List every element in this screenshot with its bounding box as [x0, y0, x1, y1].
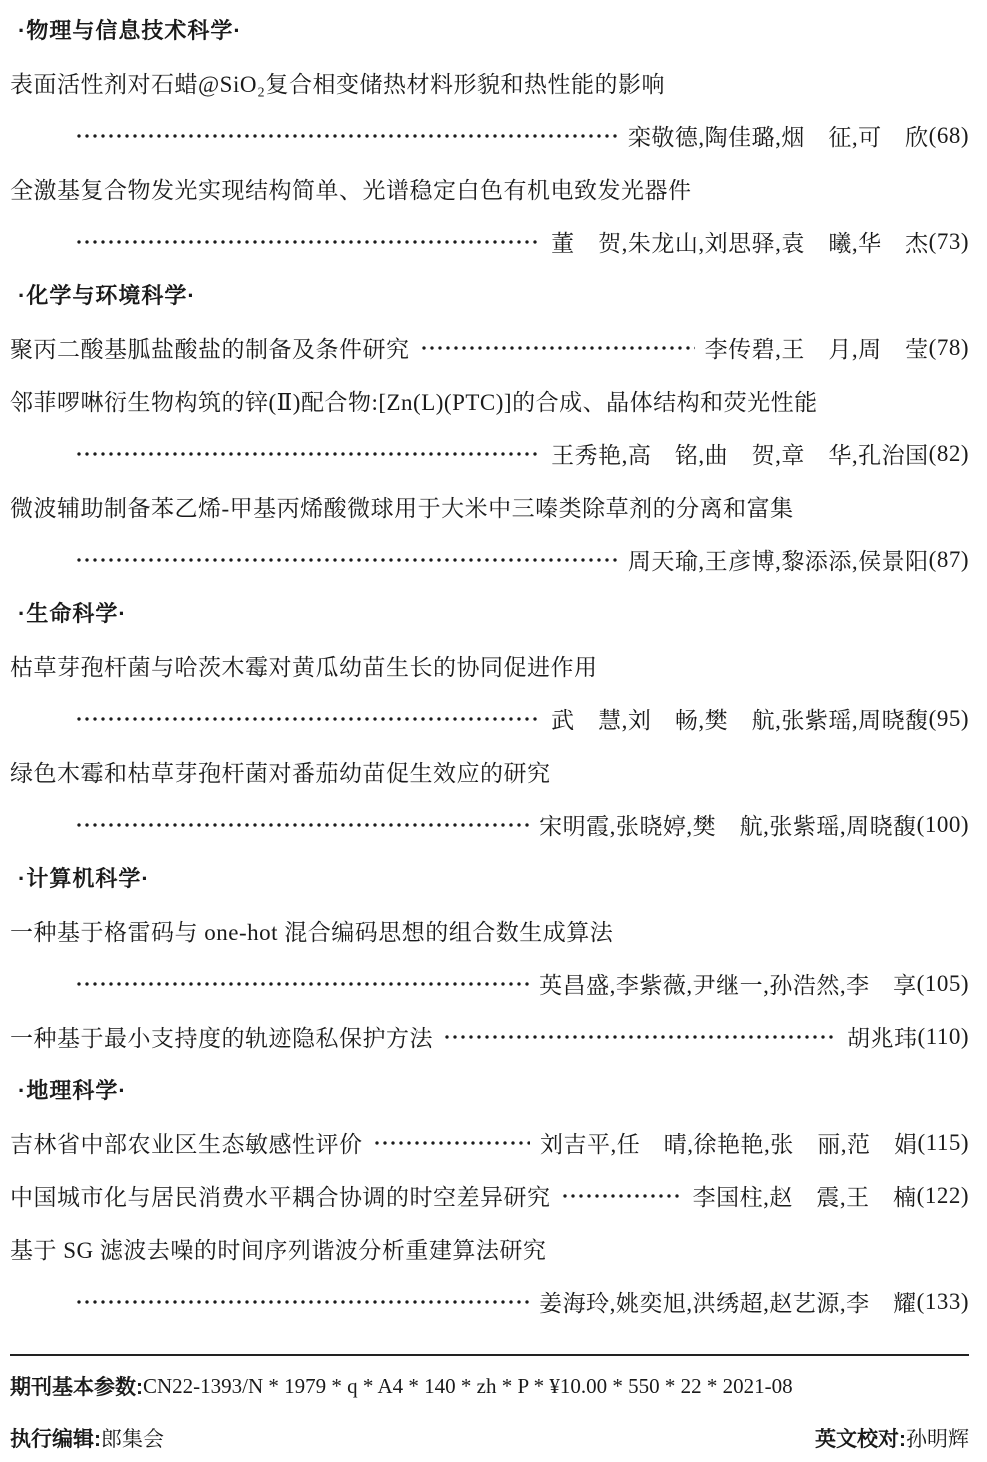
article-title-text: 表面活性剂对石蜡@SiO₂复合相变储热材料形貌和热性能的影响 — [10, 66, 665, 99]
section-header-label: ·化学与环境科学· — [18, 279, 196, 310]
article-title: 表面活性剂对石蜡@SiO₂复合相变储热材料形貌和热性能的影响 — [10, 56, 969, 109]
article-authors: 栾敬德,陶佳璐,烟 征,可 欣 — [628, 119, 929, 152]
section-header-chemistry-environment: ·化学与环境科学· — [10, 268, 969, 321]
article-authors-line: 王秀艳,高 铭,曲 贺,章 华,孔治国(82) — [10, 427, 969, 480]
executive-editor-name: 郎集会 — [101, 1423, 164, 1453]
article-authors-line: 周天瑜,王彦博,黎添添,侯景阳(87) — [10, 533, 969, 586]
executive-editor: 执行编辑:郎集会 — [10, 1423, 164, 1453]
english-proofreader: 英文校对:孙明辉 — [815, 1423, 969, 1453]
article-entry-oneline: 一种基于最小支持度的轨迹隐私保护方法 胡兆玮(110) — [10, 1010, 969, 1063]
article-authors-line: 栾敬德,陶佳璐,烟 征,可 欣(68) — [10, 109, 969, 162]
article-authors: 周天瑜,王彦博,黎添添,侯景阳 — [628, 543, 929, 576]
article-title: 枯草芽孢杆菌与哈茨木霉对黄瓜幼苗生长的协同促进作用 — [10, 639, 969, 692]
article-title-text: 基于 SG 滤波去噪的时间序列谐波分析重建算法研究 — [10, 1232, 546, 1265]
article-title-text: 全激基复合物发光实现结构简单、光谱稳定白色有机电致发光器件 — [10, 172, 692, 205]
article-authors: 宋明霞,张晓婷,樊 航,张紫瑶,周晓馥 — [539, 808, 917, 841]
article-title-text: 一种基于格雷码与 one-hot 混合编码思想的组合数生成算法 — [10, 914, 613, 947]
section-header-label: ·物理与信息技术科学· — [18, 14, 242, 45]
dot-leader — [75, 798, 529, 851]
section-header-physics-and-it: ·物理与信息技术科学· — [10, 3, 969, 56]
article-page-number: (110) — [918, 1024, 969, 1050]
article-title: 绿色木霉和枯草芽孢杆菌对番茄幼苗促生效应的研究 — [10, 745, 969, 798]
article-title-text: 枯草芽孢杆菌与哈茨木霉对黄瓜幼苗生长的协同促进作用 — [10, 649, 598, 682]
article-page-number: (133) — [917, 1289, 969, 1315]
article-authors: 李传碧,王 月,周 莹 — [705, 331, 929, 364]
journal-parameters-label: 期刊基本参数: — [10, 1371, 143, 1401]
english-proofreader-name: 孙明辉 — [906, 1423, 969, 1453]
journal-toc-page: ·物理与信息技术科学· 表面活性剂对石蜡@SiO₂复合相变储热材料形貌和热性能的… — [0, 0, 987, 1462]
article-title: 基于 SG 滤波去噪的时间序列谐波分析重建算法研究 — [10, 1222, 969, 1275]
section-header-label: ·生命科学· — [18, 597, 127, 628]
article-entry-oneline: 吉林省中部农业区生态敏感性评价 刘吉平,任 晴,徐艳艳,张 丽,范 娟(115) — [10, 1116, 969, 1169]
dot-leader — [75, 533, 618, 586]
dot-leader — [420, 321, 695, 374]
article-page-number: (82) — [929, 441, 969, 467]
article-authors: 胡兆玮 — [847, 1020, 918, 1053]
executive-editor-label: 执行编辑: — [10, 1423, 101, 1453]
article-authors-line: 宋明霞,张晓婷,樊 航,张紫瑶,周晓馥(100) — [10, 798, 969, 851]
article-title-text: 中国城市化与居民消费水平耦合协调的时空差异研究 — [10, 1179, 551, 1212]
article-authors: 王秀艳,高 铭,曲 贺,章 华,孔治国 — [551, 437, 929, 470]
dot-leader — [75, 109, 618, 162]
article-authors: 李国柱,赵 震,王 楠 — [693, 1179, 917, 1212]
article-page-number: (78) — [929, 335, 969, 361]
article-page-number: (95) — [929, 706, 969, 732]
article-title-text: 微波辅助制备苯乙烯-甲基丙烯酸微球用于大米中三嗪类除草剂的分离和富集 — [10, 490, 794, 523]
article-authors: 武 慧,刘 畅,樊 航,张紫瑶,周晓馥 — [551, 702, 929, 735]
article-page-number: (87) — [929, 547, 969, 573]
dot-leader — [75, 1275, 529, 1328]
article-title-text: 聚丙二酸基胍盐酸盐的制备及条件研究 — [10, 331, 410, 364]
article-title-text: 绿色木霉和枯草芽孢杆菌对番茄幼苗促生效应的研究 — [10, 755, 551, 788]
section-header-label: ·计算机科学· — [18, 862, 150, 893]
dot-leader — [561, 1169, 683, 1222]
dot-leader — [443, 1010, 837, 1063]
article-authors-line: 武 慧,刘 畅,樊 航,张紫瑶,周晓馥(95) — [10, 692, 969, 745]
english-proofreader-label: 英文校对: — [815, 1423, 906, 1453]
article-page-number: (122) — [917, 1183, 969, 1209]
article-title-text: 吉林省中部农业区生态敏感性评价 — [10, 1126, 363, 1159]
article-title: 全激基复合物发光实现结构简单、光谱稳定白色有机电致发光器件 — [10, 162, 969, 215]
article-authors-line: 英昌盛,李紫薇,尹继一,孙浩然,李 享(105) — [10, 957, 969, 1010]
dot-leader — [373, 1116, 531, 1169]
section-header-geography: ·地理科学· — [10, 1063, 969, 1116]
article-title-text: 邻菲啰啉衍生物构筑的锌(Ⅱ)配合物:[Zn(L)(PTC)]的合成、晶体结构和荧… — [10, 384, 818, 417]
article-page-number: (105) — [917, 971, 969, 997]
article-authors: 刘吉平,任 晴,徐艳艳,张 丽,范 娟 — [540, 1126, 918, 1159]
journal-parameters-value: CN22-1393/N * 1979 * q * A4 * 140 * zh *… — [143, 1374, 793, 1399]
article-page-number: (73) — [929, 229, 969, 255]
article-authors-line: 董 贺,朱龙山,刘思驿,袁 曦,华 杰(73) — [10, 215, 969, 268]
dot-leader — [75, 692, 541, 745]
section-header-life-science: ·生命科学· — [10, 586, 969, 639]
article-title-text: 一种基于最小支持度的轨迹隐私保护方法 — [10, 1020, 433, 1053]
article-authors: 姜海玲,姚奕旭,洪绣超,赵艺源,李 耀 — [539, 1285, 917, 1318]
journal-parameters-line: 期刊基本参数:CN22-1393/N * 1979 * q * A4 * 140… — [10, 1356, 969, 1416]
dot-leader — [75, 215, 541, 268]
article-entry-oneline: 中国城市化与居民消费水平耦合协调的时空差异研究 李国柱,赵 震,王 楠(122) — [10, 1169, 969, 1222]
article-page-number: (100) — [917, 812, 969, 838]
article-entry-oneline: 聚丙二酸基胍盐酸盐的制备及条件研究 李传碧,王 月,周 莹(78) — [10, 321, 969, 374]
dot-leader — [75, 957, 529, 1010]
article-title: 邻菲啰啉衍生物构筑的锌(Ⅱ)配合物:[Zn(L)(PTC)]的合成、晶体结构和荧… — [10, 374, 969, 427]
article-title: 一种基于格雷码与 one-hot 混合编码思想的组合数生成算法 — [10, 904, 969, 957]
article-title: 微波辅助制备苯乙烯-甲基丙烯酸微球用于大米中三嗪类除草剂的分离和富集 — [10, 480, 969, 533]
article-authors: 董 贺,朱龙山,刘思驿,袁 曦,华 杰 — [551, 225, 929, 258]
section-header-computer-science: ·计算机科学· — [10, 851, 969, 904]
section-header-label: ·地理科学· — [18, 1074, 127, 1105]
dot-leader — [75, 427, 541, 480]
article-authors: 英昌盛,李紫薇,尹继一,孙浩然,李 享 — [539, 967, 917, 1000]
article-page-number: (68) — [929, 123, 969, 149]
article-page-number: (115) — [918, 1130, 969, 1156]
article-authors-line: 姜海玲,姚奕旭,洪绣超,赵艺源,李 耀(133) — [10, 1275, 969, 1328]
editors-line: 执行编辑:郎集会 英文校对:孙明辉 — [10, 1416, 969, 1460]
